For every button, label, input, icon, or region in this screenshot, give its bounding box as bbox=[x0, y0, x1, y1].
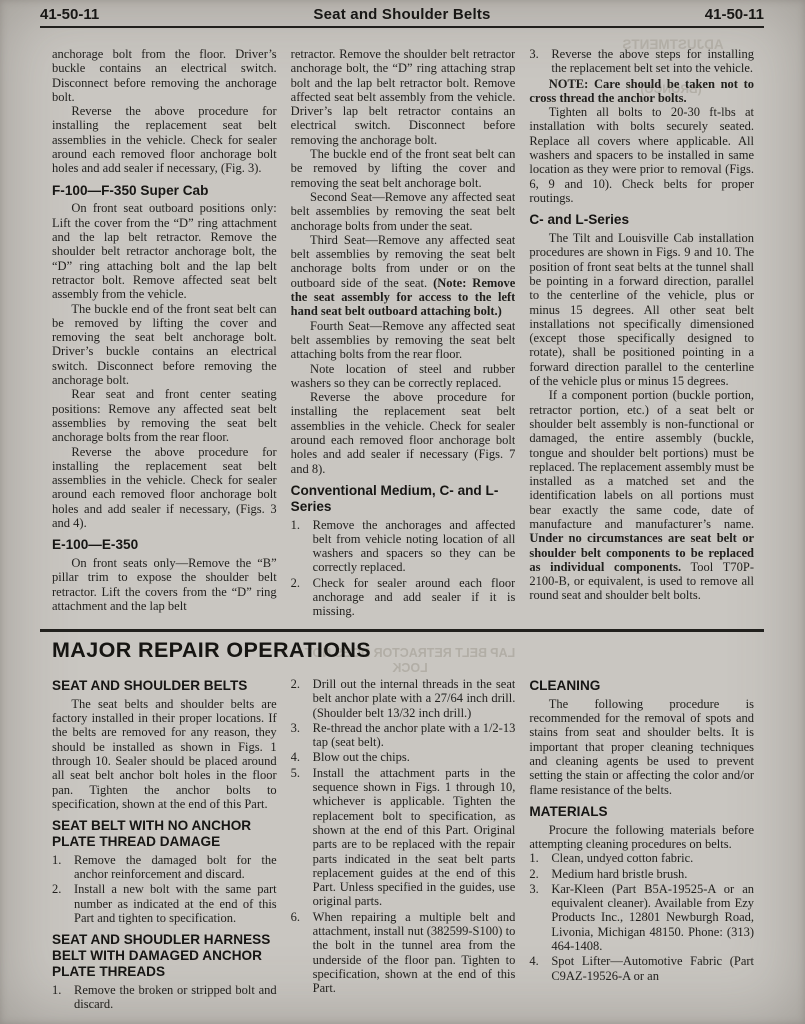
manual-page: 41-50-11 Seat and Shoulder Belts 41-50-1… bbox=[0, 0, 805, 1024]
section-heading: Conventional Medium, C- and L-Series bbox=[291, 483, 516, 515]
paragraph: Tighten all bolts to 20-30 ft-lbs at ins… bbox=[529, 105, 754, 205]
paragraph: If a component portion (buckle portion, … bbox=[529, 388, 754, 602]
list-item: 3.Kar-Kleen (Part B5A-19525-A or an equi… bbox=[529, 882, 754, 953]
page-header: 41-50-11 Seat and Shoulder Belts 41-50-1… bbox=[40, 6, 764, 23]
list-item-number: 1. bbox=[52, 983, 74, 1012]
list-item-text: When repairing a multiple belt and attac… bbox=[313, 910, 516, 996]
list-item-number: 1. bbox=[529, 851, 551, 865]
text-run: Second Seat—Remove any affected seat bel… bbox=[291, 190, 516, 233]
list-item: 3.Re-thread the anchor plate with a 1/2-… bbox=[291, 721, 516, 750]
paragraph: Rear seat and front center seating posit… bbox=[52, 387, 277, 444]
list-item-text: Install the attachment parts in the sequ… bbox=[313, 766, 516, 909]
paragraph: The buckle end of the front seat belt ca… bbox=[52, 302, 277, 388]
list-item-text: Remove the damaged bolt for the anchor r… bbox=[74, 853, 277, 882]
list-item-text: Check for sealer around each floor ancho… bbox=[313, 576, 516, 619]
text-run: Install the attachment parts in the sequ… bbox=[313, 766, 516, 909]
list-item-text: Remove the broken or stripped bolt and d… bbox=[74, 983, 277, 1012]
list-item-text: Reverse the above steps for installing t… bbox=[551, 47, 754, 76]
section-divider-rule bbox=[40, 629, 764, 632]
text-run: Blow out the chips. bbox=[313, 750, 410, 764]
section-heading: C- and L-Series bbox=[529, 212, 754, 228]
paragraph: On front seat outboard positions only: L… bbox=[52, 201, 277, 301]
paragraph: Third Seat—Remove any affected seat belt… bbox=[291, 233, 516, 319]
text-run: On front seat outboard positions only: L… bbox=[52, 201, 277, 301]
list-item-number: 2. bbox=[529, 867, 551, 881]
paragraph: On front seats only—Remove the “B” pilla… bbox=[52, 556, 277, 613]
section-heading: SEAT AND SHOULDER BELTS bbox=[52, 678, 277, 694]
text-run: The following procedure is recommended f… bbox=[529, 697, 754, 797]
list-item: 2.Check for sealer around each floor anc… bbox=[291, 576, 516, 619]
list-item-number: 3. bbox=[291, 721, 313, 750]
list-item-number: 3. bbox=[529, 47, 551, 76]
section-heading: F-100—F-350 Super Cab bbox=[52, 183, 277, 199]
text-run: Drill out the internal threads in the se… bbox=[313, 677, 516, 720]
header-rule bbox=[40, 26, 764, 28]
text-run: Procure the following materials before a… bbox=[529, 823, 754, 851]
list-item: 4.Spot Lifter—Automotive Fabric (Part C9… bbox=[529, 954, 754, 983]
list-item-number: 5. bbox=[291, 766, 313, 909]
list-item-text: Medium hard bristle brush. bbox=[551, 867, 754, 881]
list-item: 1.Remove the anchorages and affected bel… bbox=[291, 518, 516, 575]
text-run: Tighten all bolts to 20-30 ft-lbs at ins… bbox=[529, 105, 754, 205]
column-center: 2.Drill out the internal threads in the … bbox=[291, 677, 516, 1024]
paragraph: Second Seat—Remove any affected seat bel… bbox=[291, 190, 516, 233]
list-item: 2.Medium hard bristle brush. bbox=[529, 867, 754, 881]
paragraph: Procure the following materials before a… bbox=[529, 823, 754, 852]
paragraph: Reverse the above procedure for installi… bbox=[52, 445, 277, 531]
paragraph: NOTE: Care should be taken not to cross … bbox=[529, 77, 754, 106]
list-item-text: Clean, undyed cotton fabric. bbox=[551, 851, 754, 865]
page-number-left: 41-50-11 bbox=[40, 6, 160, 23]
list-item: 2.Install a new bolt with the same part … bbox=[52, 882, 277, 925]
list-item-text: Spot Lifter—Automotive Fabric (Part C9AZ… bbox=[551, 954, 754, 983]
text-run: Clean, undyed cotton fabric. bbox=[551, 851, 693, 865]
text-run: Reverse the above steps for installing t… bbox=[551, 47, 754, 75]
column-right: CLEANINGThe following procedure is recom… bbox=[529, 677, 754, 1024]
text-run: Rear seat and front center seating posit… bbox=[52, 387, 277, 444]
text-run: The buckle end of the front seat belt ca… bbox=[291, 147, 516, 190]
text-run: If a component portion (buckle portion, … bbox=[529, 388, 754, 531]
column-right: 3.Reverse the above steps for installing… bbox=[529, 47, 754, 628]
text-run: Note location of steel and rubber washer… bbox=[291, 362, 516, 390]
text-run: The buckle end of the front seat belt ca… bbox=[52, 302, 277, 387]
text-run: The seat belts and shoulder belts are fa… bbox=[52, 697, 277, 811]
list-item-text: Blow out the chips. bbox=[313, 750, 516, 764]
list-item-text: Install a new bolt with the same part nu… bbox=[74, 882, 277, 925]
section-major-repair: SEAT AND SHOULDER BELTSThe seat belts an… bbox=[52, 677, 754, 1024]
list-item-number: 3. bbox=[529, 882, 551, 953]
list-item-number: 2. bbox=[52, 882, 74, 925]
paragraph: Fourth Seat—Remove any affected seat bel… bbox=[291, 319, 516, 362]
list-item: 6.When repairing a multiple belt and att… bbox=[291, 910, 516, 996]
section-belt-removal: anchorage bolt from the floor. Driver’s … bbox=[52, 47, 754, 628]
list-item-number: 2. bbox=[291, 677, 313, 720]
list-item: 1.Remove the damaged bolt for the anchor… bbox=[52, 853, 277, 882]
text-run: Reverse the above procedure for installi… bbox=[52, 445, 277, 530]
text-run: Remove the broken or stripped bolt and d… bbox=[74, 983, 277, 1011]
text-run: Install a new bolt with the same part nu… bbox=[74, 882, 277, 925]
list-item: 2.Drill out the internal threads in the … bbox=[291, 677, 516, 720]
text-run: Re-thread the anchor plate with a 1/2-13… bbox=[313, 721, 516, 749]
list-item: 1.Remove the broken or stripped bolt and… bbox=[52, 983, 277, 1012]
list-item: 1.Clean, undyed cotton fabric. bbox=[529, 851, 754, 865]
paragraph: The seat belts and shoulder belts are fa… bbox=[52, 697, 277, 811]
section-heading: SEAT AND SHOUDLER HARNESS BELT WITH DAMA… bbox=[52, 932, 277, 979]
text-run: retractor. Remove the shoulder belt retr… bbox=[291, 47, 516, 147]
text-run: Spot Lifter—Automotive Fabric (Part C9AZ… bbox=[551, 954, 754, 982]
text-run: Check for sealer around each floor ancho… bbox=[313, 576, 516, 619]
section-heading: SEAT BELT WITH NO ANCHOR PLATE THREAD DA… bbox=[52, 818, 277, 850]
paragraph: Reverse the above procedure for installi… bbox=[52, 104, 277, 175]
paragraph: retractor. Remove the shoulder belt retr… bbox=[291, 47, 516, 147]
text-run: On front seats only—Remove the “B” pilla… bbox=[52, 556, 277, 613]
paragraph: The buckle end of the front seat belt ca… bbox=[291, 147, 516, 190]
text-run: Medium hard bristle brush. bbox=[551, 867, 687, 881]
page-number-right: 41-50-11 bbox=[644, 6, 764, 23]
column-left: anchorage bolt from the floor. Driver’s … bbox=[52, 47, 277, 628]
list-item-number: 1. bbox=[52, 853, 74, 882]
list-item-number: 4. bbox=[291, 750, 313, 764]
list-item: 5.Install the attachment parts in the se… bbox=[291, 766, 516, 909]
text-run: Fourth Seat—Remove any affected seat bel… bbox=[291, 319, 516, 362]
paragraph: The following procedure is recommended f… bbox=[529, 697, 754, 797]
section-heading: E-100—E-350 bbox=[52, 537, 277, 553]
section-heading: MATERIALS bbox=[529, 804, 754, 820]
text-run: Reverse the above procedure for installi… bbox=[52, 104, 277, 175]
list-item-number: 2. bbox=[291, 576, 313, 619]
text-run: The Tilt and Louisville Cab installation… bbox=[529, 231, 754, 388]
list-item-text: Kar-Kleen (Part B5A-19525-A or an equiva… bbox=[551, 882, 754, 953]
section-heading: CLEANING bbox=[529, 678, 754, 694]
list-item: 4.Blow out the chips. bbox=[291, 750, 516, 764]
bold-text-run: NOTE: Care should be taken not to cross … bbox=[529, 77, 754, 105]
paragraph: Note location of steel and rubber washer… bbox=[291, 362, 516, 391]
paragraph: anchorage bolt from the floor. Driver’s … bbox=[52, 47, 277, 104]
list-item-number: 6. bbox=[291, 910, 313, 996]
page-title: Seat and Shoulder Belts bbox=[160, 6, 644, 23]
text-run: Reverse the above procedure for installi… bbox=[291, 390, 516, 475]
text-run: Remove the damaged bolt for the anchor r… bbox=[74, 853, 277, 881]
list-item-text: Remove the anchorages and affected belt … bbox=[313, 518, 516, 575]
list-item-number: 1. bbox=[291, 518, 313, 575]
major-repair-operations-heading: MAJOR REPAIR OPERATIONS bbox=[52, 638, 371, 663]
paragraph: The Tilt and Louisville Cab installation… bbox=[529, 231, 754, 388]
text-run: Remove the anchorages and affected belt … bbox=[313, 518, 516, 575]
list-item-number: 4. bbox=[529, 954, 551, 983]
list-item: 3.Reverse the above steps for installing… bbox=[529, 47, 754, 76]
text-run: When repairing a multiple belt and attac… bbox=[313, 910, 516, 995]
column-left: SEAT AND SHOULDER BELTSThe seat belts an… bbox=[52, 677, 277, 1024]
list-item-text: Re-thread the anchor plate with a 1/2-13… bbox=[313, 721, 516, 750]
text-run: anchorage bolt from the floor. Driver’s … bbox=[52, 47, 277, 104]
column-center: retractor. Remove the shoulder belt retr… bbox=[291, 47, 516, 628]
paragraph: Reverse the above procedure for installi… bbox=[291, 390, 516, 476]
list-item-text: Drill out the internal threads in the se… bbox=[313, 677, 516, 720]
text-run: Kar-Kleen (Part B5A-19525-A or an equiva… bbox=[551, 882, 754, 953]
